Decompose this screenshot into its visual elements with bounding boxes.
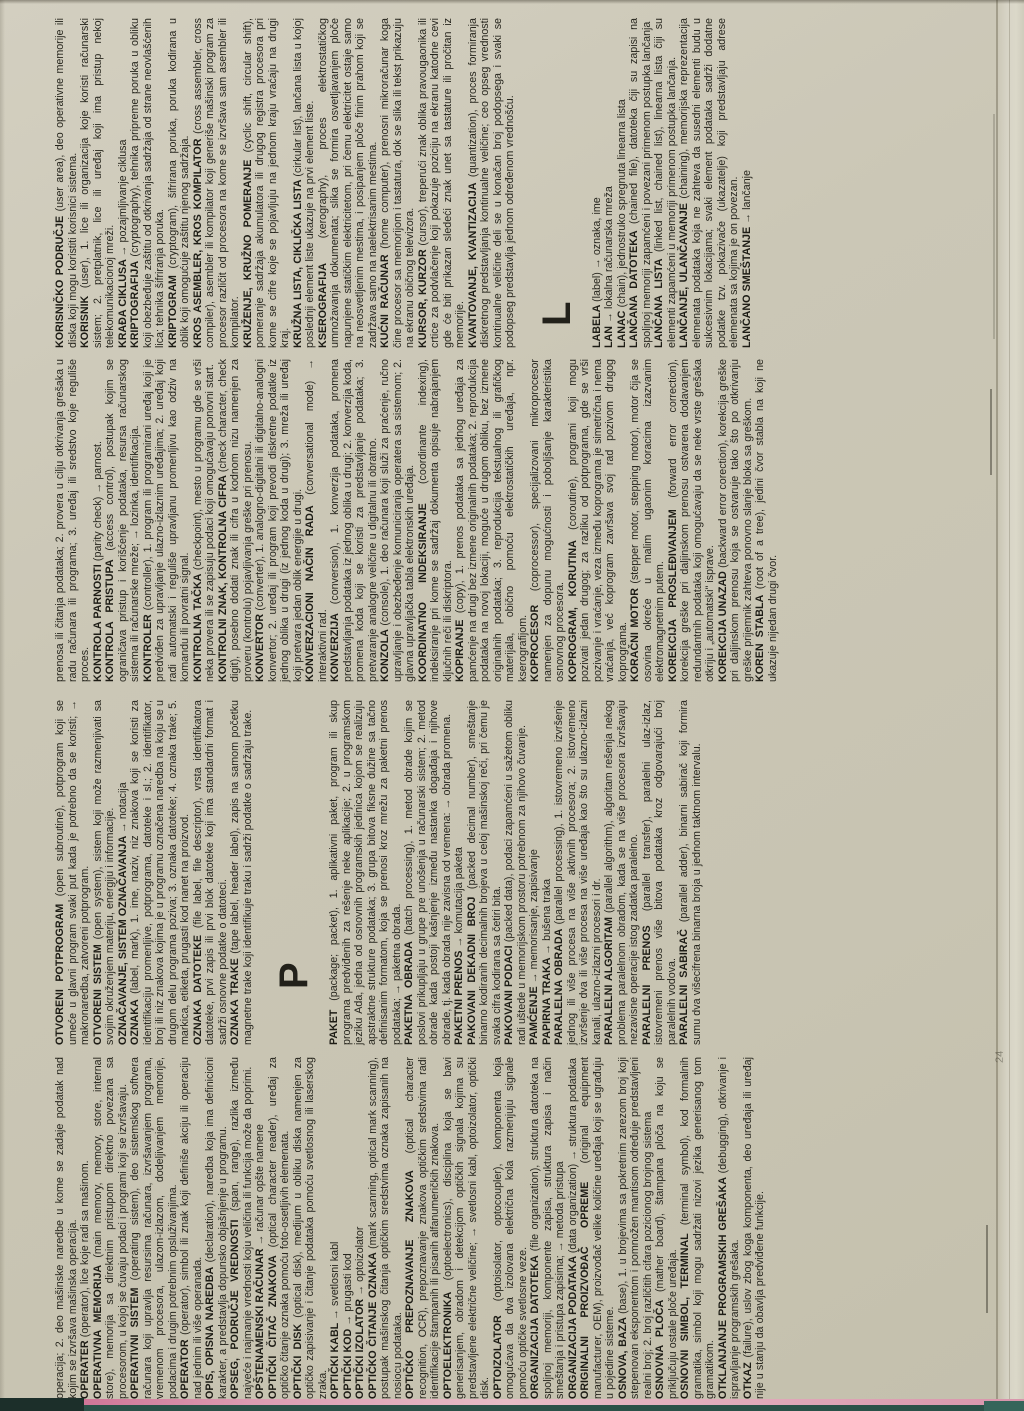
dictionary-entry: LANČANA DATOTEKA (chained file), datotek…: [628, 18, 653, 348]
dictionary-entry: OPERATIVNA MEMORIJA (main memory, memory…: [92, 1057, 130, 1399]
entry-term: OZNAKA DATOTEKE: [192, 928, 204, 1045]
scan-crease-line-2: [1009, 0, 1010, 1411]
dictionary-entry: KOREN STABLA (root of a tree), jedini čv…: [754, 359, 779, 682]
dictionary-entry: KONVERZIJA (conversion), 1. konverzija p…: [329, 359, 379, 682]
dictionary-entry: OPTOELEKTRONIKA (optoelectronics), disci…: [442, 1057, 492, 1399]
dictionary-entry: LABELA (label) → oznaka, ime: [591, 18, 604, 348]
rotated-page-spread: operacija; 2. deo mašinske naredbe u kom…: [0, 0, 1024, 1411]
entry-term: OPTIČKI IZOLATOR: [354, 1296, 366, 1399]
dictionary-entry: KOREKCIJA UNAZAD (backward error corecti…: [717, 359, 755, 682]
dictionary-entry: operacija; 2. deo mašinske naredbe u kom…: [54, 1057, 79, 1399]
entry-term: KROS ASEMBLER, KROS KOMPILATOR: [192, 134, 204, 348]
entry-term: OZNAČAVANJE, SISTEM OZNAČAVANJA: [117, 833, 129, 1045]
dictionary-entry: PARALELNI PRENOS (parallel transfer), pa…: [641, 700, 679, 1045]
entry-term: KRAĐA CIKLUSA: [117, 256, 129, 348]
entry-term: OZNAKA: [129, 994, 141, 1045]
dictionary-entry: OTVORENI SISTEM (open system), sistem ko…: [92, 700, 117, 1045]
entry-term: KOPIRANJE: [454, 613, 466, 682]
entry-term: OTKAZ: [742, 1357, 754, 1399]
dictionary-entry: KOREKCIJA PROSLEĐIVANJEM (forward error …: [667, 359, 717, 682]
dictionary-entry: OPTIČKI KABL → svetlosni kabl: [329, 1057, 342, 1399]
entry-term: OPERATER: [79, 1337, 91, 1399]
entry-term: KORAČNI MOTOR: [629, 584, 641, 682]
entry-term: OPERATIVNI SISTEM: [129, 1280, 141, 1399]
section-letter-l: L: [537, 18, 577, 326]
dictionary-entry: PAKOVANI PODACI (packed data), podaci za…: [503, 700, 528, 1045]
entry-term: OPTIČKI DISK: [292, 1318, 304, 1399]
entry-term: ORIGINALNI PROIZVOĐAČ OPREME: [579, 1163, 591, 1399]
scan-edge-top: [0, 0, 1024, 4]
entry-term: OPTIČKI ČITAČ ZNAKOVA: [267, 1247, 279, 1399]
dictionary-entry: OPTIČKO ČITANJE OZNAKA (mark scanning, o…: [367, 1057, 405, 1399]
dictionary-entry: KRAĐA CIKLUSA → pozajmljivanje ciklusa: [117, 18, 130, 348]
section-letter-p: P: [274, 700, 314, 989]
dictionary-entry: KONTROLNI ZNAK, KONTROLNA CIFRA (check c…: [217, 359, 255, 682]
entry-term: OSNOVA, BAZA: [617, 1314, 629, 1399]
entry-term: PAMĆENJE: [528, 983, 540, 1045]
dictionary-column-korisnicko: KORISNIČKO PODRUČJE (user area), deo ope…: [54, 18, 753, 348]
dictionary-entry: KVANTOVANJE, KVANTIZACIJA (quantization)…: [467, 18, 517, 348]
dictionary-entry: OZNAKA DATOTEKE (file label, file descri…: [192, 700, 230, 1045]
dictionary-entry: OZNAKA (label, mark), 1. ime, naziv, niz…: [129, 700, 192, 1045]
dictionary-entry: KONVERTOR (converter), 1. analogno-digit…: [254, 359, 304, 682]
dictionary-entry: LANČANO SMEŠTANJE → lančanje: [741, 18, 754, 348]
entry-term: KORISNIK: [79, 288, 91, 348]
entry-term: KURSOR, KURZOR: [417, 246, 429, 348]
dictionary-entry: KORISNIČKO PODRUČJE (user area), deo ope…: [54, 18, 79, 348]
entry-term: KONTROLNA TAČKA: [192, 570, 204, 682]
entry-term: KONZOLA: [379, 626, 391, 682]
dictionary-entry: KRIPTOGRAFIJA (cryptography), tehnika pr…: [129, 18, 167, 348]
entry-term: LANČANA LISTA: [653, 252, 665, 348]
entry-term: OPŠTENAMENSKI RAČUNAR: [254, 1245, 266, 1399]
dictionary-entry: PARALELNI SABIRAČ (parallel adder), bina…: [678, 700, 703, 1045]
dictionary-entry: KRIPTOGRAM (cryptogram), šifrirana poruk…: [167, 18, 192, 348]
entry-term: KONTROLER: [142, 610, 154, 682]
dictionary-entry: KURSOR, KURZOR (cursor), treperući znak …: [417, 18, 467, 348]
entry-term: OSNOVNA PLOČA: [654, 1292, 666, 1399]
dictionary-entry: OPERATER (operator), lice koje radi sa m…: [79, 1057, 92, 1399]
entry-term: OZNAKA TRAKE: [229, 954, 241, 1045]
scan-crease-line: [996, 0, 998, 1411]
entry-term: OPTIČKI KOD: [342, 1326, 354, 1399]
entry-term: OPTOIZOLATOR: [492, 1301, 504, 1399]
dictionary-entry: PAMĆENJE → memorisanje, zapisivanje: [528, 700, 541, 1045]
entry-term: KRIPTOGRAFIJA: [129, 257, 141, 348]
entry-term: PARALELNI PRENOS: [641, 911, 653, 1045]
dictionary-entry: OSNOVNA PLOČA (mather board), štampana p…: [654, 1057, 679, 1399]
entry-term: OPERATIVNA MEMORIJA: [92, 1258, 104, 1399]
dictionary-entry: LAN → lokalna računarska mreža: [603, 18, 616, 348]
dictionary-column-otvoreni: OTVORENI POTPROGRAM (open subroutine), p…: [54, 700, 703, 1045]
dictionary-entry: LANAC (chain), jednostruko spregnuta lin…: [616, 18, 629, 348]
entry-term: KONTROLA PARNOSTI: [92, 561, 104, 682]
entry-term: OPERATOR: [179, 1335, 191, 1399]
dictionary-entry: OPIS, OPISNA NAREDBA (declaration), nare…: [204, 1057, 229, 1399]
entry-term: PAPIRNA TRAKA: [541, 955, 553, 1045]
entry-term: OTVORENI SISTEM: [92, 939, 104, 1045]
entry-term: KRUŽNA LISTA, CIKLIČKA LISTA: [292, 177, 304, 348]
bottom-pink-strip: [84, 1399, 1024, 1405]
dictionary-entry: OSNOVA, BAZA (base), 1. u brojevima sa p…: [617, 1057, 655, 1399]
dictionary-column-operacija: operacija; 2. deo mašinske naredbe u kom…: [54, 1057, 767, 1399]
entry-term: OTVORENI POTPROGRAM: [54, 896, 66, 1045]
entry-term: OPTIČKI KABL: [329, 1320, 341, 1399]
entry-term: KOPROGRAM, KORUTINA: [567, 530, 579, 682]
dictionary-entry: prenosa ili čitanja podataka; 2. provera…: [54, 359, 92, 682]
dictionary-entry: OSNOVNI SIMBOL, TERMINAL (terminal symbo…: [679, 1057, 717, 1399]
bottom-right-teal-corner: [984, 1401, 1024, 1411]
dictionary-entry: KRUŽNA LISTA, CIKLIČKA LISTA (cirkular l…: [292, 18, 317, 348]
entry-term: KOPROCESOR: [529, 591, 541, 682]
entry-term: KONTROLA PRISTUPA: [104, 551, 116, 682]
dictionary-entry: KROS ASEMBLER, KROS KOMPILATOR (cross as…: [192, 18, 242, 348]
dictionary-entry: OPERATIVNI SISTEM (operating sistem), de…: [129, 1057, 179, 1399]
dictionary-column-kontrola: prenosa ili čitanja podataka; 2. provera…: [54, 359, 779, 682]
entry-term: PAKETNI PRENOS: [453, 947, 465, 1045]
dictionary-entry: LANČANA LISTA (linked list, chained list…: [653, 18, 678, 348]
entry-term: PAKETNA OBRADA: [403, 935, 415, 1045]
entry-term: PARALELNA OBRADA: [553, 924, 565, 1045]
entry-term: PAKOVANI DEKADNI BROJ: [466, 889, 478, 1045]
entry-term: KONVERZACIONI NAČIN RADA: [304, 495, 316, 682]
dictionary-entry: KUĆNI RAČUNAR (home computer), prenosni …: [379, 18, 417, 348]
dictionary-entry: OZNAKA TRAKE (tape label, header label),…: [229, 700, 254, 1045]
entry-term: KOORDINATNO INDEKSIRANJE: [417, 484, 429, 682]
entry-term: PARALELNI ALGORITAM: [603, 913, 615, 1045]
dictionary-entry: KOPIRANJE (copy), 1. prenos podataka sa …: [454, 359, 529, 682]
entry-term: PAKOVANI PODACI: [503, 942, 515, 1045]
dictionary-entry: KONTROLER (controller), 1. program ili p…: [142, 359, 192, 682]
dictionary-entry: ORGANIZACIJA DATOTEKA (file organization…: [529, 1057, 567, 1399]
dictionary-entry: PARALELNI ALGORITAM (parallel algorithm)…: [603, 700, 641, 1045]
dictionary-entry: KONTROLA PARNOSTI (parity check) → parno…: [92, 359, 105, 682]
entry-term: KVANTOVANJE, KVANTIZACIJA: [467, 177, 479, 348]
dictionary-entry: KORAČNI MOTOR (stepper motor, stepping m…: [629, 359, 667, 682]
scanned-dictionary-page: operacija; 2. deo mašinske naredbe u kom…: [0, 0, 1024, 1411]
dictionary-entry: PAPIRNA TRAKA → bušena traka: [541, 700, 554, 1045]
entry-term: KUĆNI RAČUNAR: [379, 249, 391, 348]
entry-term: LAN: [603, 323, 615, 348]
entry-term: ORGANIZACIJA DATOTEKA: [529, 1251, 541, 1399]
dictionary-entry: OTKLANJANJE PROGRAMSKIH GREŠAKA (debuggi…: [717, 1057, 742, 1399]
page-edge-right: [998, 0, 1024, 1411]
dictionary-entry: PAKETNA OBRADA (batch processing), 1. me…: [403, 700, 453, 1045]
entry-term: OPSEG, PODRUČJE VREDNOSTI: [229, 1211, 241, 1399]
entry-term: KORISNIČKO PODRUČJE: [54, 211, 66, 348]
entry-term: LANAC: [616, 307, 628, 348]
dictionary-entry: OPTIČKI IZOLATOR → optoizolator: [354, 1057, 367, 1399]
dictionary-entry: KRUŽENJE, KRUŽNO POMERANJE (cyclic shift…: [242, 18, 292, 348]
entry-term: PAKET: [328, 1001, 340, 1045]
entry-term: OPTIČKO ČITANJE OZNAKA: [367, 1249, 379, 1399]
entry-term: OPIS, OPISNA NAREDBA: [204, 1262, 216, 1399]
column-end-rule: [990, 389, 992, 475]
dictionary-entry: LANČANJE, ULANČAVANJE (chaining), memori…: [678, 18, 741, 348]
dictionary-entry: PAKET (package; packet), 1. aplikativni …: [328, 700, 403, 1045]
entry-term: KRUŽENJE, KRUŽNO POMERANJE: [242, 152, 254, 348]
dictionary-entry: KOPROCESOR (coprocessor), specijalizovan…: [529, 359, 567, 682]
entry-term: PARALELNI SABIRAČ: [678, 922, 690, 1045]
dictionary-entry: KONTROLNA TAČKA (checkpoint), mesto u pr…: [192, 359, 217, 682]
bottom-dark-corner: [0, 1398, 84, 1411]
column-end-rule: [993, 114, 995, 339]
dictionary-entry: KOORDINATNO INDEKSIRANJE (coordinante in…: [417, 359, 455, 682]
dictionary-entry: OTKAZ (failure), uslov zbog koga kompone…: [742, 1057, 767, 1399]
entry-term: KOREKCIJA UNAZAD: [717, 568, 729, 682]
entry-term: KOREN STABLA: [754, 589, 766, 682]
entry-term: LABELA: [591, 302, 603, 348]
scan-edge-left: [0, 0, 5, 1411]
dictionary-entry: KSEROGRAFIJA (xerography), proces elektr…: [317, 18, 380, 348]
dictionary-entry: OPTIČKI ČITAČ ZNAKOVA (optical character…: [267, 1057, 292, 1399]
dictionary-entry: KOPROGRAM, KORUTINA (coroutine), program…: [567, 359, 630, 682]
dictionary-entry: OPERATOR (operator), simbol ili znak koj…: [179, 1057, 204, 1399]
dictionary-entry: PARALELNA OBRADA (parallel processing), …: [553, 700, 603, 1045]
column-end-rule: [986, 1225, 988, 1313]
entry-term: OPTOELEKTRONIKA: [442, 1280, 454, 1399]
entry-term: KONVERZIJA: [329, 604, 341, 682]
entry-term: KSEROGRAFIJA: [317, 238, 329, 348]
dictionary-entry: OZNAČAVANJE, SISTEM OZNAČAVANJA → notaci…: [117, 700, 130, 1045]
dictionary-entry: KORISNIK (user), 1. lice ili organizacij…: [79, 18, 117, 348]
entry-term: OPTIČKO PREPOZNAVANJE ZNAKOVA: [404, 1153, 416, 1399]
dictionary-entry: OPTOIZOLATOR (optoisolator, optocoupler)…: [492, 1057, 530, 1399]
dictionary-entry: KONZOLA (console), 1. deo računara koji …: [379, 359, 417, 682]
entry-term: KRIPTOGRAM: [167, 268, 179, 348]
dictionary-entry: OPTIČKI DISK (optical disk), medijum u o…: [292, 1057, 330, 1399]
dictionary-entry: OPŠTENAMENSKI RAČUNAR → računar opšte na…: [254, 1057, 267, 1399]
entry-term: KONVERTOR: [254, 611, 266, 682]
dictionary-entry: KONTROLA PRISTUPA (access control), post…: [104, 359, 142, 682]
entry-term: KONTROLNI ZNAK, KONTROLNA CIFRA: [217, 472, 229, 682]
entry-term: OSNOVNI SIMBOL, TERMINAL: [679, 1225, 691, 1399]
entry-term: LANČANO SMEŠTANJE: [741, 224, 753, 348]
dictionary-entry: ORGANIZACIJA PODATAKA (data organization…: [567, 1057, 580, 1399]
entry-term: ORGANIZACIJA PODATAKA: [567, 1253, 579, 1399]
entry-term: OTKLANJANJE PROGRAMSKIH GREŠAKA: [717, 1173, 729, 1399]
scan-edge-bottom: [0, 1398, 1024, 1411]
entry-term: KOREKCIJA PROSLEĐIVANJEM: [667, 498, 679, 682]
dictionary-entry: OPTIČKO PREPOZNAVANJE ZNAKOVA (optical c…: [404, 1057, 442, 1399]
dictionary-entry: OPTIČKI KOD → prugasti kod: [342, 1057, 355, 1399]
dictionary-entry: OTVORENI POTPROGRAM (open subroutine), p…: [54, 700, 92, 1045]
dictionary-entry: PAKOVANI DEKADNI BROJ (packed decimal nu…: [466, 700, 504, 1045]
dictionary-entry: OPSEG, PODRUČJE VREDNOSTI (span, range),…: [229, 1057, 254, 1399]
entry-term: LANČANA DATOTEKA: [628, 224, 640, 348]
dictionary-entry: KONVERZACIONI NAČIN RADA (conversational…: [304, 359, 329, 682]
dictionary-entry: ORIGINALNI PROIZVOĐAČ OPREME (original e…: [579, 1057, 617, 1399]
entry-term: LANČANJE, ULANČAVANJE: [678, 199, 690, 348]
dictionary-entry: PAKETNI PRENOS → komutacija paketa: [453, 700, 466, 1045]
